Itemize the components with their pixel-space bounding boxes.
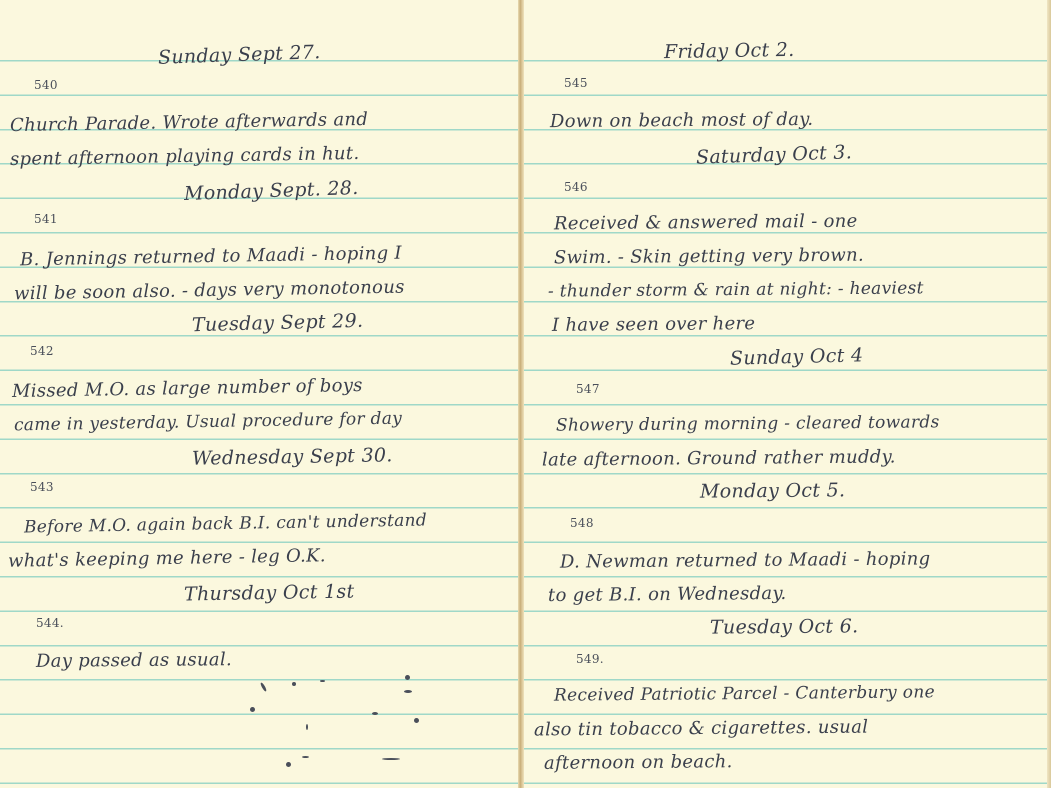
entry-date: Wednesday Sept 30. xyxy=(192,444,393,469)
left-page: Sunday Sept 27. 540 Church Parade. Wrote… xyxy=(0,0,518,788)
entry-line: came in yesterday. Usual procedure for d… xyxy=(14,409,402,436)
ink-speck xyxy=(405,675,410,680)
entry-line: Showery during morning - cleared towards xyxy=(556,412,940,435)
notebook-spread: Sunday Sept 27. 540 Church Parade. Wrote… xyxy=(0,0,1051,788)
entry-date: Tuesday Sept 29. xyxy=(192,310,364,336)
entry-date: Saturday Oct 3. xyxy=(696,141,853,168)
entry-date: Friday Oct 2. xyxy=(664,39,795,63)
entry-line: Missed M.O. as large number of boys xyxy=(12,375,363,402)
entry-line: Down on beach most of day. xyxy=(550,109,814,132)
entry-number: 549. xyxy=(576,652,604,666)
entry-line: B. Jennings returned to Maadi - hoping I xyxy=(20,243,402,271)
entry-number: 545 xyxy=(564,76,588,90)
entry-line: Day passed as usual. xyxy=(36,649,232,672)
entry-line: Before M.O. again back B.I. can't unders… xyxy=(24,510,427,537)
ink-speck xyxy=(320,680,325,682)
right-page: Friday Oct 2. 545 Down on beach most of … xyxy=(524,0,1051,788)
entry-line: spent afternoon playing cards in hut. xyxy=(10,143,360,170)
entry-number: 541 xyxy=(34,212,58,226)
entry-line: Swim. - Skin getting very brown. xyxy=(554,245,864,269)
ink-speck xyxy=(372,712,378,715)
entry-number: 547 xyxy=(576,382,600,396)
ink-speck xyxy=(302,756,309,758)
entry-number: 546 xyxy=(564,180,588,194)
entry-line: what's keeping me here - leg O.K. xyxy=(8,545,326,572)
entry-date: Monday Sept. 28. xyxy=(184,177,359,205)
entry-line: Received & answered mail - one xyxy=(554,211,858,235)
entry-line: afternoon on beach. xyxy=(544,751,733,774)
entry-line: late afternoon. Ground rather muddy. xyxy=(542,446,896,470)
ink-speck xyxy=(414,718,419,723)
entry-line: to get B.I. on Wednesday. xyxy=(548,583,787,606)
entry-number: 544. xyxy=(36,616,64,630)
page-edge xyxy=(1047,0,1051,788)
entry-number: 542 xyxy=(30,344,54,358)
entry-line: Church Parade. Wrote afterwards and xyxy=(10,109,368,136)
entry-date: Tuesday Oct 6. xyxy=(710,615,859,638)
entry-line: - thunder storm & rain at night: - heavi… xyxy=(548,278,924,301)
entry-number: 540 xyxy=(34,78,58,92)
entry-number: 543 xyxy=(30,480,54,494)
entry-date: Thursday Oct 1st xyxy=(184,581,355,606)
ink-speck xyxy=(306,724,308,730)
ink-speck xyxy=(404,690,412,693)
entry-number: 548 xyxy=(570,516,594,530)
ink-speck xyxy=(292,682,296,686)
entry-line: will be soon also. - days very monotonou… xyxy=(14,277,405,305)
entry-date: Monday Oct 5. xyxy=(700,479,846,502)
entry-date: Sunday Sept 27. xyxy=(158,41,321,69)
entry-date: Sunday Oct 4 xyxy=(730,344,864,369)
entry-line: Received Patriotic Parcel - Canterbury o… xyxy=(554,682,935,705)
ink-speck xyxy=(260,682,268,692)
ink-speck xyxy=(250,707,255,712)
entry-line: I have seen over here xyxy=(552,313,756,336)
entry-line: also tin tobacco & cigarettes. usual xyxy=(534,717,868,741)
entry-line: D. Newman returned to Maadi - hoping xyxy=(560,548,931,572)
ink-speck xyxy=(382,758,400,760)
ink-speck xyxy=(286,762,291,767)
